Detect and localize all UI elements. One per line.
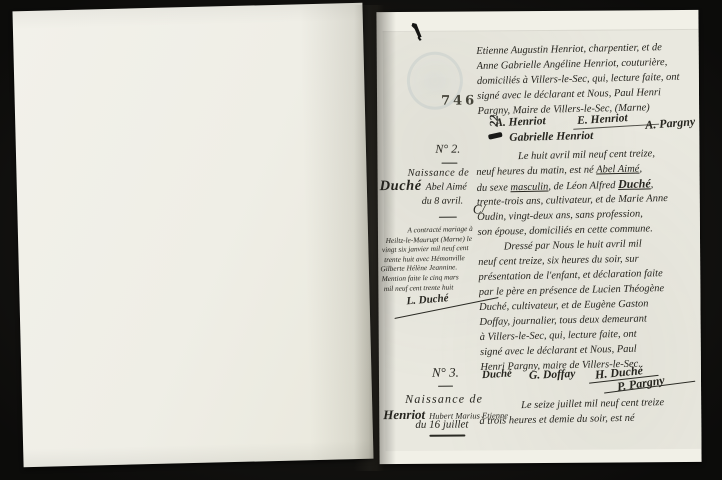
act2-line-part: , xyxy=(651,179,654,190)
margin-rule xyxy=(429,435,465,437)
page-number-stamp: 746 xyxy=(441,93,477,108)
act2-margin-name: Duché Abel Aimé xyxy=(380,177,467,196)
act2-line-part: du sexe xyxy=(477,182,511,194)
father-surname-underlined: Duché xyxy=(618,176,651,191)
register-scan: 746 22 Etienne Augustin Henriot, charpen… xyxy=(0,0,722,480)
act1-continuation-text: Etienne Augustin Henriot, charpentier, e… xyxy=(476,39,701,119)
act3-margin-date: du 16 juillet xyxy=(415,418,468,430)
act2-line-part: , xyxy=(639,164,642,175)
right-register-page: 746 22 Etienne Augustin Henriot, charpen… xyxy=(376,10,701,464)
act2-surname: Duché xyxy=(380,178,422,194)
signature-g-doffay: G. Doffay xyxy=(529,368,576,382)
act2-body-text: Le huit avril mil neuf cent treize, neuf… xyxy=(476,145,702,375)
signature-duche: Duché xyxy=(482,367,513,381)
act2-margin-number: N° 2. xyxy=(435,142,460,157)
act3-body-text: Le seize juillet mil neuf cent treize à … xyxy=(479,394,702,429)
act2-line-part: neuf heures du matin, est né xyxy=(476,164,596,178)
act2-line-part: , de Léon Alfred xyxy=(548,180,618,192)
signature-gabrielle-henriot: Gabrielle Henriot xyxy=(509,130,593,144)
left-blank-page xyxy=(12,3,373,467)
sex-underlined: masculin xyxy=(510,182,548,194)
ink-mark xyxy=(410,23,424,46)
signature-a-henriot: A. Henriot xyxy=(495,115,546,129)
act3-margin-number: N° 3. xyxy=(432,365,459,381)
left-page-edge-shading xyxy=(12,3,373,467)
act2-firstnames: Abel Aimé xyxy=(426,182,467,193)
act2-margin-date: du 8 avril. xyxy=(422,196,463,207)
child-name-underlined: Abel Aimé xyxy=(596,164,639,176)
